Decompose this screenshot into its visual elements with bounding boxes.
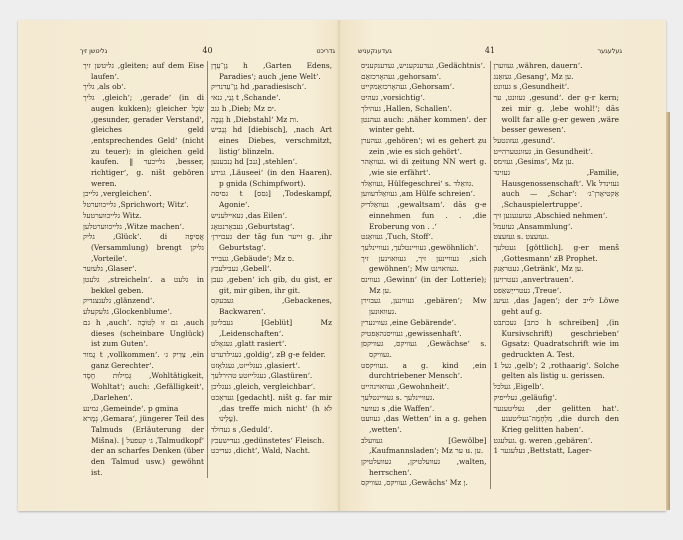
dictionary-entry: גם h ‚auch‘. גם זו לְטוֹבָה ‚auch dieses… [83, 318, 204, 350]
dictionary-entry: גָמור t ‚vollkommen‘. צַדִיק ג׳ ‚ein gan… [83, 350, 204, 371]
dictionary-entry: געזונט, ער ‚gesund‘. der g-r kern; zei m… [494, 93, 620, 136]
dictionary-entry: געהנטן auch: ‚näher kommen‘. der winter … [361, 115, 487, 136]
dictionary-entry: געבעקס ‚Gebackenes, Backwaren‘. [211, 296, 332, 317]
right-page-column-1: געדענקעניש, געדענקעניס ‚Gedächtnis‘.געהא… [358, 61, 490, 489]
dictionary-entry: גלעזער ‚Glaser‘. [83, 264, 204, 275]
dictionary-entry: גלעטן ‚streicheln‘. a גלעט in bekkel geb… [83, 275, 204, 296]
dictionary-entry: גַן־עֵדנדיק hd ‚paradiesisch‘. [211, 82, 332, 93]
dictionary-entry: געוואַלד, Hülfegeschrei‘ s. גוואַלד. [361, 179, 487, 190]
left-page-column-2: גַן־עֵדֶן h ‚Garten Edens, Paradies‘; au… [207, 61, 335, 478]
dictionary-entry: געליטענער ‚der gelitten hat‘. מִלְחָמָה־… [494, 404, 620, 436]
dictionary-entry: געטרייַשאַפט ‚Treue‘. [494, 286, 620, 297]
dictionary-entry: גסיסה t [גסס] ‚Todeskampf, Agonie‘. [211, 189, 332, 210]
dictionary-entry: גלענצנדיק ‚glänzend‘. [83, 296, 204, 307]
dictionary-entry: גַן־עֵדֶן h ‚Garten Edens, Paradies‘; au… [211, 61, 332, 82]
dictionary-entry: גַנבענען hd [גנב] ‚stehlen‘. [211, 157, 332, 168]
dictionary-entry: גליטשן זיך ‚gleiten; auf dem Eise laufen… [83, 61, 204, 82]
dictionary-entry: גנב h ‚Dieb; Mz ים. [211, 104, 332, 115]
right-page-column-2: געווערן ‚währen, dauern‘.געזאַנג ‚Gesang… [490, 61, 623, 489]
dictionary-entry: גְנַי, גנאי t ‚Schande‘. [211, 93, 332, 104]
dictionary-entry: געבייד ‚Gebäude‘; Mz ס. [211, 254, 332, 265]
dictionary-entry: געגילדערט ‚goldig‘, zB g-e felder. [211, 350, 332, 361]
dictionary-entry: געהילך ‚Hallen, Schallen‘. [361, 104, 487, 115]
dictionary-entry: געוואַנט ‚Tuch, Stoff‘. [361, 232, 487, 243]
dictionary-entry: גנידע ‚Läuseei‘ (in den Haaren). p gnida… [211, 168, 332, 189]
dictionary-entry: גליך ‚als ob‘. [83, 82, 204, 93]
page-number: 40 [202, 46, 212, 57]
dictionary-entry: געטראַנק ‚Getränk‘, Mz ען. [494, 264, 620, 275]
page-edges [666, 112, 670, 510]
dictionary-entry: געזאַנג ‚Gesang‘, Mz ען. [494, 72, 620, 83]
dictionary-entry: געהיט ‚vorsichtig‘. [361, 93, 487, 104]
dictionary-entry: געזונטערהייט ‚in Gesundheit‘. [494, 147, 620, 158]
dictionary-entry: געווער s ‚die Waffen‘. [361, 404, 487, 415]
running-head-right: געלעגער [597, 46, 622, 57]
dictionary-entry: געזינד ‚Familie, Hausgenossenschaft‘. Vk… [494, 168, 620, 211]
dictionary-entry: געזעמל ‚Ansammlung‘. [494, 222, 620, 233]
dictionary-entry: געדולד s ‚Geduld‘. [211, 425, 332, 436]
left-page-header: גליטשן זיך 40 גדריכט [80, 46, 335, 56]
dictionary-entry: גלעקעלע ‚Glockenblume‘. [83, 307, 204, 318]
book-gutter [337, 20, 341, 511]
dictionary-entry: געזימס ‚Gesims‘, Mz ען. [494, 157, 620, 168]
dictionary-entry: געדישעכץ ‚gedünstetes‘ Fleisch. [211, 436, 332, 447]
dictionary-entry: געגלייזטע טהירלעך ‚Glastüren‘. [211, 371, 332, 382]
dictionary-entry: גְנֵבִיש hd [diebisch], ‚nach Art eines … [211, 125, 332, 157]
dictionary-entry: געוויסנהאַפטיק ‚gewissenhaft‘. [361, 329, 487, 340]
dictionary-entry: געוויקס, געוויקסן ‚Gewächse‘ s. געוויקס. [361, 339, 487, 360]
dictionary-entry: גלייכווערטל ‚Sprichwort; Witz‘. [83, 200, 204, 211]
dictionary-entry: גלייכן ‚vergleichen‘. [83, 189, 204, 200]
dictionary-entry: געלייפיק ‚geläufig‘. [494, 393, 620, 404]
dictionary-entry: געבאָרנטאָג ‚Geburtstag‘. [211, 222, 332, 233]
dictionary-entry: געזעצט s. געזעצט. [494, 232, 620, 243]
dictionary-entry: געטרויען ‚anvertrauen‘. [494, 275, 620, 286]
dictionary-entry: געוואוינהייט ‚Gewohnheit‘. [361, 382, 487, 393]
dictionary-entry: געוואַלדיק ‚gewaltsam‘. dās g-e einnehme… [361, 200, 487, 232]
dictionary-entry: געבילעכץ ‚Gebell‘. [211, 264, 332, 275]
dictionary-entry: גְמָרא ‚Gemara‘, jüngerer Teil des Talmu… [83, 414, 204, 478]
dictionary-entry: געזונט s ‚Gesundheit‘. [494, 82, 620, 93]
dictionary-entry: געדענקעניש, געדענקעניס ‚Gedächtnis‘. [361, 61, 487, 72]
running-head-right: גדריכט [316, 46, 335, 57]
dictionary-entry: געהערן ‚gehören‘; wi es gehert ẓu zein ‚… [361, 136, 487, 157]
dictionary-entry: געל 1 ‚gelb‘; 2 ‚rothaarig‘. Solche gelt… [494, 361, 620, 382]
running-head-left: גליטשן זיך [80, 46, 107, 57]
dictionary-entry: געווינס ‚Gewinn‘ (in der Lotterie); Mz ע… [361, 275, 487, 296]
dictionary-entry: געזעגענען זיך ‚Abschied nehmen‘. [494, 211, 620, 222]
dictionary-entry: געבן ‚geben‘ ich gib, du gist, er git, m… [211, 275, 332, 296]
dictionary-entry: גמינע ‚Gemeinde‘. p gmina [83, 404, 204, 415]
dictionary-entry: גְמִילוּת חֶסֶד ‚Wohltätigkeit, Wohltat‘… [83, 371, 204, 403]
dictionary-entry: געאיילעניש ‚das Eilen‘. [211, 211, 332, 222]
page-number: 41 [485, 46, 495, 57]
running-head-left: געדענקעניש [358, 46, 392, 57]
dictionary-entry: געגליכן ‚gleich, vergleichbar‘. [211, 382, 332, 393]
dictionary-entry: געבליטן [Geblüt] Mz ‚Leidenschaften‘. [211, 318, 332, 339]
dictionary-entry: געהאָרכזאַם ‚gehorsam‘. [361, 72, 487, 83]
dictionary-entry: געוועלב [Gewölbe] ‚Kaufmannsladen‘; Mz ע… [361, 436, 487, 457]
dictionary-entry: געוויקסט. a g. kind ‚ein durchtriebener … [361, 361, 487, 382]
dictionary-entry: געוויינטלעך s. געוויינלעך. [361, 393, 487, 404]
dictionary-entry: געדיכט ‚dicht‘, Wald, Nacht. [211, 446, 332, 457]
right-page-header: געדענקעניש 41 געלעגער [358, 46, 622, 56]
dictionary-entry: גלייכווערטעל Witz. [83, 211, 204, 222]
dictionary-entry: געגאָלט ‚glatt rasiert‘. [211, 339, 332, 350]
left-page-column-1: גליטשן זיך ‚gleiten; auf dem Eise laufen… [80, 61, 207, 478]
dictionary-entry: געווינערין ‚eine Gebärende‘. [361, 318, 487, 329]
dictionary-entry: גליך ‚gleich‘; ‚gerade‘ (in di augen kuk… [83, 93, 204, 189]
dictionary-entry: געטלעך [göttlich]. g-er menš ‚Gottesmann… [494, 243, 620, 264]
dictionary-entry: געלכל ‚Eigelb‘. [494, 382, 620, 393]
dictionary-entry: געדאַכט [gedacht]. ništ g. far mir ‚das … [211, 393, 332, 425]
dictionary-entry: געגלייזט, געגלאָזט ‚glasiert‘. [211, 361, 332, 372]
dictionary-entry: געוואַלדעווען ‚am Hülfe schreien‘. [361, 189, 487, 200]
dictionary-entry: געהאָרכזאַמקייט ‚Gehorsam‘. [361, 82, 487, 93]
dictionary-entry: געלעגט. g. weren ‚gebären‘. [494, 436, 620, 447]
dictionary-entry: גלייכווערטלען ‚Witze machen‘. [83, 222, 204, 233]
dictionary-entry: געוואָהר. wi di ẓeitung NN wert g. ‚wie … [361, 157, 487, 178]
dictionary-entry: גְנֵבָה h ‚Diebstahl‘ Mz ות. [211, 115, 332, 126]
dictionary-entry: געוועלטיקן, געוועלטיקן ‚walten, herrsche… [361, 457, 487, 478]
dictionary-entry: געוויינען זיך, געוואוינען זיך ‚sich gewö… [361, 254, 487, 275]
dictionary-entry: געוויקס, געוויקס ‚Gewächs‘ Mz ן. [361, 478, 487, 489]
dictionary-entry: געבוירן׳ der tāg fun זייער g. ‚ihr Gebur… [211, 232, 332, 253]
dictionary-entry: געוועט ‚das Wetten‘ in a g. gehen ‚wette… [361, 414, 487, 435]
dictionary-entry: געיעג ‚das Jagen‘; der לייב Löwe geht au… [494, 296, 620, 317]
dictionary-entry: געכתבט [כתב h schreiben] ‚(in Kursivschr… [494, 318, 620, 361]
dictionary-entry: געוויינטלעך, געוויינלעך ‚gewöhnlich‘. [361, 243, 487, 254]
dictionary-entry: געווערן ‚währen, dauern‘. [494, 61, 620, 72]
dictionary-entry: געזונטעל ‚gesund‘. [494, 136, 620, 147]
dictionary-entry: גליק ‚Glück‘. di אֲסִיפָה (Versammlung) … [83, 232, 204, 264]
dictionary-entry: געווינען, געבוירן ‚gebären‘; Mw געוואונע… [361, 296, 487, 317]
dictionary-entry: געלעגער 1 ‚Bettstatt, Lager- [494, 446, 620, 457]
